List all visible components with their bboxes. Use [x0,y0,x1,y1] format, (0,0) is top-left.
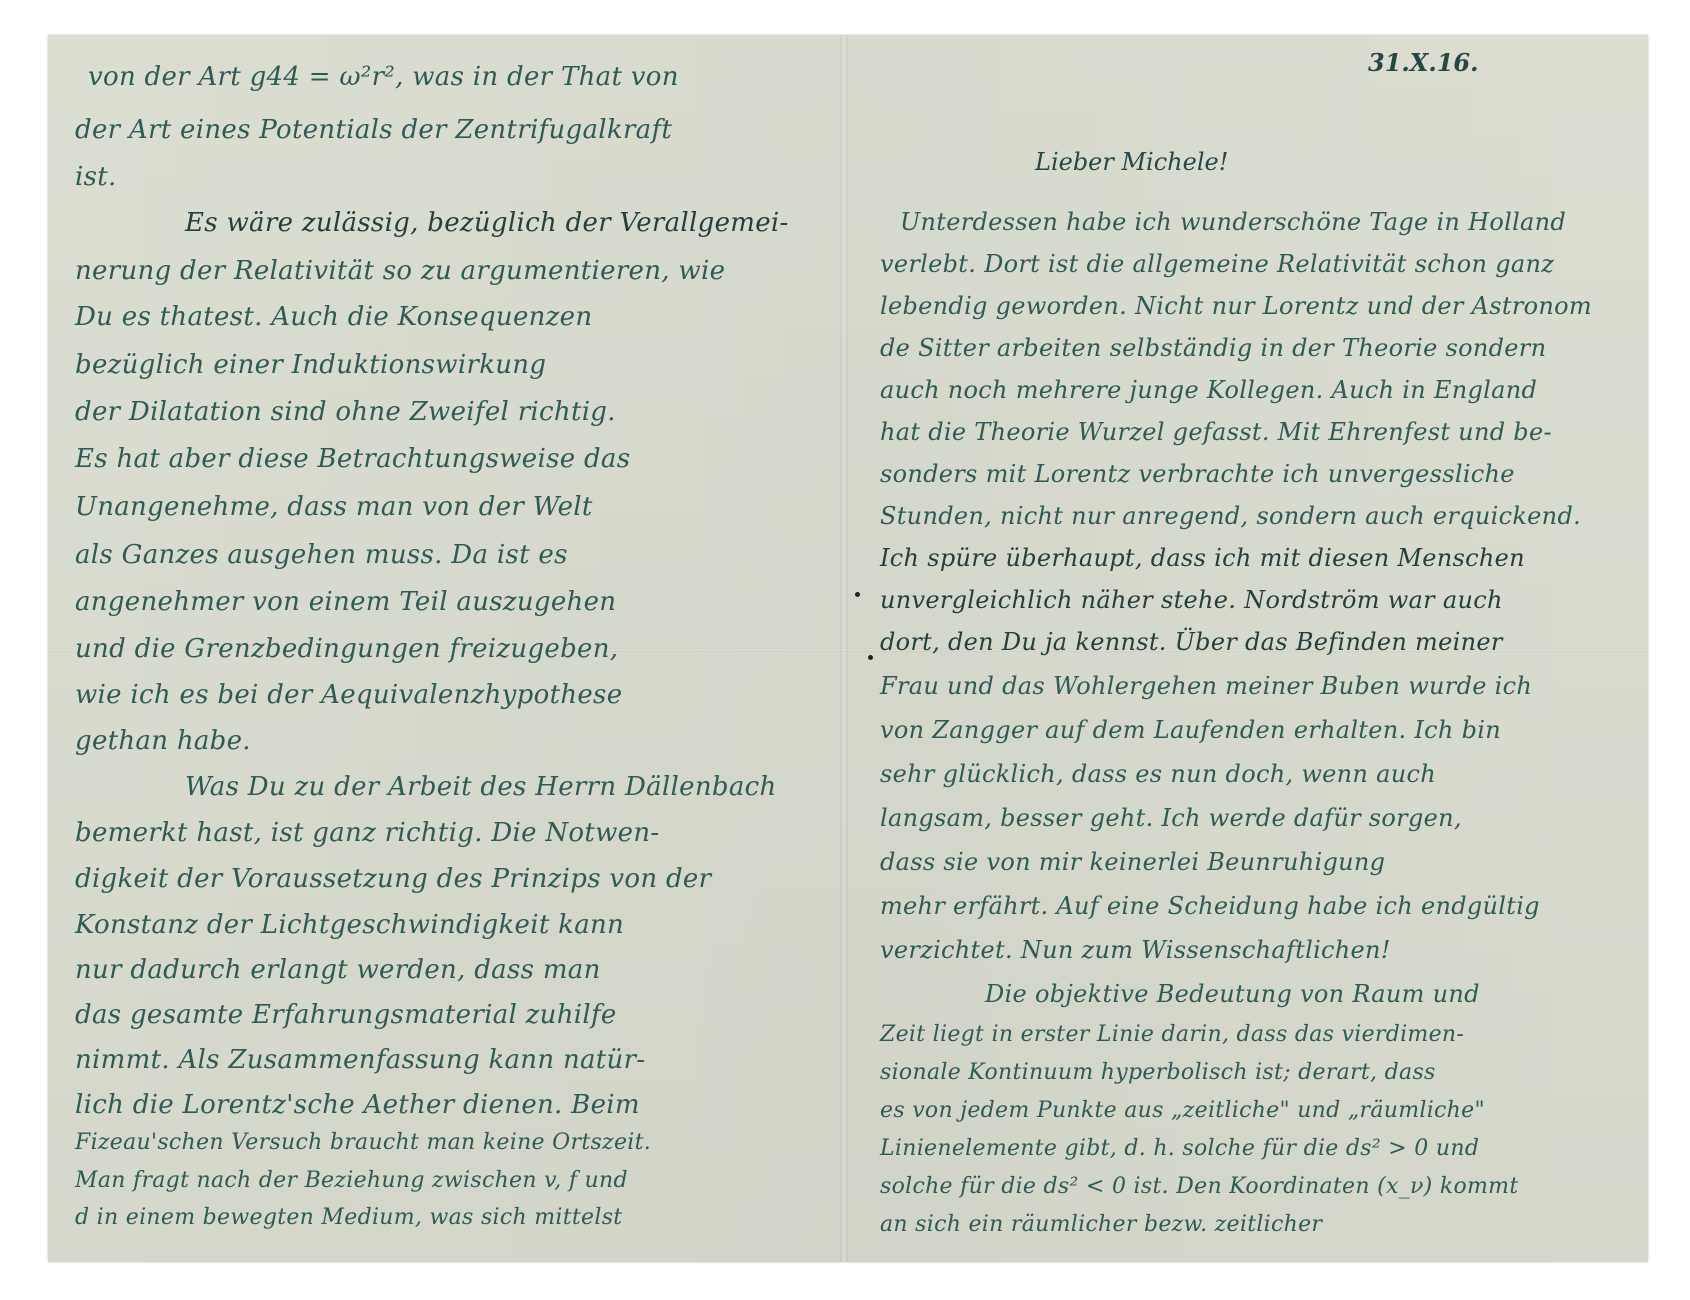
right-line-21: sionale Kontinuum hyperbolisch ist; dera… [880,1060,1436,1085]
left-line-1: von der Art g44 = ω²r², was in der That … [88,62,679,92]
left-line-23: lich die Lorentz'sche Aether dienen. Bei… [75,1090,640,1120]
left-line-16: Was Du zu der Arbeit des Herrn Dällenbac… [185,772,777,802]
left-line-19: Konstanz der Lichtgeschwindigkeit kann [75,910,624,940]
left-line-8: der Dilatation sind ohne Zweifel richtig… [75,397,616,427]
right-line-3: lebendig geworden. Nicht nur Lorentz und… [880,292,1592,320]
left-line-13: und die Grenzbedingungen freizugeben, [75,634,618,664]
left-line-17: bemerkt hast, ist ganz richtig. Die Notw… [75,818,659,848]
left-line-25: Man fragt nach der Beziehung zwischen v,… [75,1168,628,1193]
right-line-13: von Zangger auf dem Laufenden erhalten. … [880,716,1501,744]
left-line-26: d in einem bewegten Medium, was sich mit… [75,1205,622,1230]
right-line-10: unvergleichlich näher stehe. Nordström w… [880,586,1503,614]
right-line-4: de Sitter arbeiten selbständig in der Th… [880,334,1546,362]
left-line-11: als Ganzes ausgehen muss. Da ist es [75,540,568,570]
right-line-20: Zeit liegt in erster Linie darin, dass d… [880,1022,1464,1047]
right-line-12: Frau und das Wohlergehen meiner Buben wu… [880,672,1532,700]
left-line-9: Es hat aber diese Betrachtungsweise das [75,444,630,474]
right-line-24: solche für die ds² < 0 ist. Den Koordina… [880,1174,1518,1199]
right-line-6: hat die Theorie Wurzel gefasst. Mit Ehre… [880,418,1552,446]
left-line-14: wie ich es bei der Aequivalenzhypothese [75,680,622,710]
pin-mark [868,655,873,660]
left-line-5: nerung der Relativität so zu argumentier… [75,256,725,286]
left-line-7: bezüglich einer Induktionswirkung [75,350,546,380]
left-line-21: das gesamte Erfahrungsmaterial zuhilfe [75,1000,617,1030]
left-line-3: ist. [75,162,117,192]
left-line-18: digkeit der Voraussetzung des Prinzips v… [75,864,711,894]
right-line-17: mehr erfährt. Auf eine Scheidung habe ic… [880,892,1540,920]
right-line-14: sehr glücklich, dass es nun doch, wenn a… [880,760,1436,788]
salutation: Lieber Michele! [1035,148,1228,176]
right-line-19: Die objektive Bedeutung von Raum und [985,980,1480,1008]
right-line-11: dort, den Du ja kennst. Über das Befinde… [880,628,1503,656]
left-line-10: Unangenehme, dass man von der Welt [75,492,593,522]
left-line-22: nimmt. Als Zusammenfassung kann natür- [75,1045,645,1075]
right-line-1: Unterdessen habe ich wunderschöne Tage i… [900,208,1566,236]
left-line-20: nur dadurch erlangt werden, dass man [75,955,601,985]
right-line-25: an sich ein räumlicher bezw. zeitlicher [880,1212,1322,1237]
right-line-9: Ich spüre überhaupt, dass ich mit diesen… [880,544,1525,572]
right-line-2: verlebt. Dort ist die allgemeine Relativ… [880,250,1554,278]
pin-mark [855,592,860,597]
left-line-15: gethan habe. [75,726,251,756]
right-line-16: dass sie von mir keinerlei Beunruhigung [880,848,1385,876]
right-line-7: sonders mit Lorentz verbrachte ich unver… [880,460,1515,488]
left-line-24: Fizeau'schen Versuch braucht man keine O… [75,1130,651,1155]
left-line-6: Du es thatest. Auch die Konsequenzen [75,302,592,332]
right-line-18: verzichtet. Nun zum Wissenschaftlichen! [880,936,1391,964]
right-line-23: Linienelemente gibt, d. h. solche für di… [880,1136,1479,1161]
right-line-22: es von jedem Punkte aus „zeitliche" und … [880,1098,1485,1123]
right-line-5: auch noch mehrere junge Kollegen. Auch i… [880,376,1537,404]
left-line-2: der Art eines Potentials der Zentrifugal… [75,115,672,145]
left-line-4: Es wäre zulässig, bezüglich der Verallge… [185,208,789,238]
right-line-15: langsam, besser geht. Ich werde dafür so… [880,804,1462,832]
right-line-8: Stunden, nicht nur anregend, sondern auc… [880,502,1581,530]
left-line-12: angenehmer von einem Teil auszugehen [75,587,616,617]
letter-date: 31.X.16. [1368,48,1478,77]
